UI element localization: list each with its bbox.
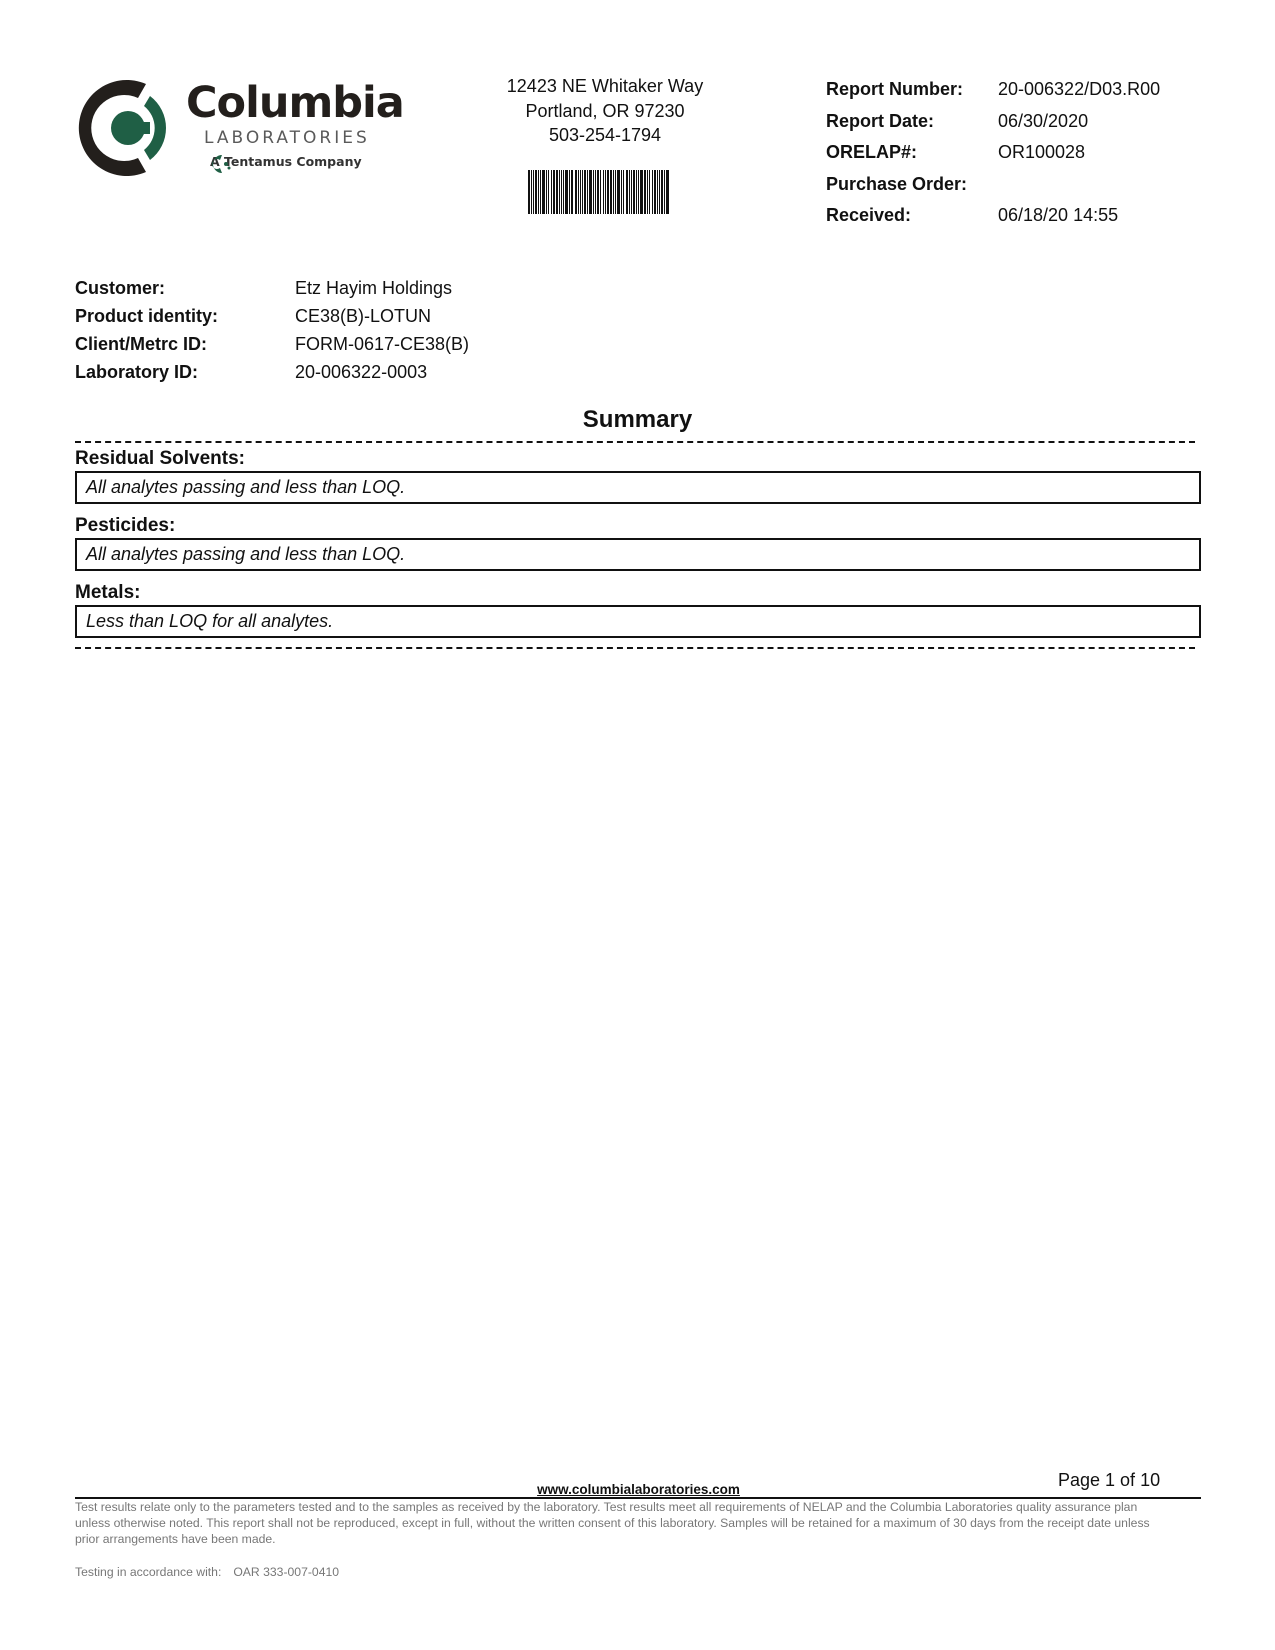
- barcode-bar: [528, 170, 530, 214]
- barcode-bar: [548, 170, 549, 214]
- barcode-bar: [610, 170, 612, 214]
- barcode-bar: [597, 170, 599, 214]
- barcode-bar: [531, 170, 532, 214]
- section-result: All analytes passing and less than LOQ.: [75, 471, 1201, 504]
- barcode-bar: [657, 170, 658, 214]
- report-meta: Report Number: 20-006322/D03.R00 Report …: [826, 74, 1160, 232]
- customer-value: Etz Hayim Holdings: [295, 278, 452, 299]
- barcode: [528, 170, 670, 214]
- website-link[interactable]: www.columbialaboratories.com: [537, 1482, 740, 1497]
- barcode-bar: [551, 170, 552, 214]
- barcode-bar: [603, 170, 604, 214]
- meta-label: ORELAP#:: [826, 142, 998, 163]
- barcode-bar: [629, 170, 630, 214]
- barcode-bar: [553, 170, 555, 214]
- barcode-bar: [607, 170, 609, 214]
- barcode-bar: [626, 170, 628, 214]
- columbia-c-logo-icon: [76, 74, 181, 182]
- barcode-bar: [647, 170, 648, 214]
- section-result: All analytes passing and less than LOQ.: [75, 538, 1201, 571]
- barcode-bar: [652, 170, 653, 214]
- customer-info: Customer: Etz Hayim Holdings Product ide…: [75, 274, 469, 386]
- barcode-bar: [575, 170, 577, 214]
- meta-value: 06/30/2020: [998, 111, 1088, 132]
- barcode-bar: [561, 170, 562, 214]
- barcode-bar: [578, 170, 579, 214]
- address-street: 12423 NE Whitaker Way: [480, 74, 730, 99]
- meta-row-report-number: Report Number: 20-006322/D03.R00: [826, 74, 1160, 106]
- testing-standard-value: OAR 333-007-0410: [233, 1565, 339, 1579]
- laboratory-id-value: 20-006322-0003: [295, 362, 427, 383]
- barcode-bar: [580, 170, 581, 214]
- meta-row-purchase-order: Purchase Order:: [826, 169, 1160, 201]
- barcode-bar: [633, 170, 635, 214]
- customer-label: Customer:: [75, 278, 295, 299]
- address-phone: 503-254-1794: [480, 123, 730, 148]
- barcode-bar: [600, 170, 601, 214]
- barcode-bar: [540, 170, 541, 214]
- barcode-bar: [636, 170, 637, 214]
- barcode-bar: [533, 170, 534, 214]
- barcode-bar: [538, 170, 539, 214]
- barcode-bar: [605, 170, 606, 214]
- logo-subtitle: LABORATORIES: [204, 128, 370, 148]
- barcode-bar: [617, 170, 620, 214]
- meta-label: Received:: [826, 205, 998, 226]
- disclaimer: Test results relate only to the paramete…: [75, 1499, 1205, 1547]
- testing-standard: Testing in accordance with:OAR 333-007-0…: [75, 1565, 339, 1579]
- disclaimer-line: unless otherwise noted. This report shal…: [75, 1515, 1205, 1531]
- barcode-bar: [595, 170, 596, 214]
- tentamus-leaf-icon: [210, 154, 232, 174]
- barcode-bar: [571, 170, 573, 214]
- summary-divider-top: [75, 441, 1195, 443]
- barcode-bar: [582, 170, 583, 214]
- laboratory-id-row: Laboratory ID: 20-006322-0003: [75, 358, 469, 386]
- section-label: Metals:: [75, 580, 1201, 605]
- barcode-bar: [546, 170, 547, 214]
- barcode-bar: [542, 170, 545, 214]
- barcode-bar: [631, 170, 632, 214]
- barcode-bar: [659, 170, 660, 214]
- logo-name: Columbia: [186, 78, 404, 128]
- client-metrc-id-value: FORM-0617-CE38(B): [295, 334, 469, 355]
- barcode-bar: [589, 170, 592, 214]
- summary-title: Summary: [0, 406, 1275, 434]
- meta-row-orelap: ORELAP#: OR100028: [826, 137, 1160, 169]
- barcode-bar: [666, 170, 669, 214]
- section-label: Pesticides:: [75, 513, 1201, 538]
- client-metrc-id-row: Client/Metrc ID: FORM-0617-CE38(B): [75, 330, 469, 358]
- barcode-bar: [613, 170, 614, 214]
- product-identity-value: CE38(B)-LOTUN: [295, 306, 431, 327]
- barcode-bar: [644, 170, 646, 214]
- logo-tagline: A Tentamus Company: [210, 154, 362, 169]
- customer-row: Customer: Etz Hayim Holdings: [75, 274, 469, 302]
- client-metrc-id-label: Client/Metrc ID:: [75, 334, 295, 355]
- meta-row-report-date: Report Date: 06/30/2020: [826, 106, 1160, 138]
- meta-value: 06/18/20 14:55: [998, 205, 1118, 226]
- meta-value: 20-006322/D03.R00: [998, 79, 1160, 100]
- product-identity-label: Product identity:: [75, 306, 295, 327]
- summary-section-metals: Metals: Less than LOQ for all analytes.: [75, 580, 1201, 638]
- summary-section-pesticides: Pesticides: All analytes passing and les…: [75, 513, 1201, 571]
- summary-divider-bottom: [75, 647, 1195, 649]
- barcode-bar: [640, 170, 643, 214]
- barcode-bar: [615, 170, 616, 214]
- barcode-bar: [565, 170, 568, 214]
- barcode-bar: [664, 170, 665, 214]
- barcode-bar: [556, 170, 558, 214]
- meta-label: Report Date:: [826, 111, 998, 132]
- laboratory-id-label: Laboratory ID:: [75, 362, 295, 383]
- disclaimer-line: prior arrangements have been made.: [75, 1531, 1205, 1547]
- barcode-bar: [587, 170, 588, 214]
- barcode-bar: [661, 170, 663, 214]
- meta-value: OR100028: [998, 142, 1085, 163]
- meta-label: Report Number:: [826, 79, 998, 100]
- barcode-bar: [559, 170, 560, 214]
- barcode-bar: [623, 170, 624, 214]
- barcode-bar: [638, 170, 639, 214]
- barcode-bar: [621, 170, 622, 214]
- testing-standard-label: Testing in accordance with:: [75, 1565, 221, 1579]
- address-city: Portland, OR 97230: [480, 99, 730, 124]
- barcode-bar: [563, 170, 564, 214]
- meta-row-received: Received: 06/18/20 14:55: [826, 200, 1160, 232]
- logo-tagline-text: A Tentamus Company: [210, 154, 362, 169]
- barcode-bar: [654, 170, 656, 214]
- section-result: Less than LOQ for all analytes.: [75, 605, 1201, 638]
- section-label: Residual Solvents:: [75, 446, 1201, 471]
- product-identity-row: Product identity: CE38(B)-LOTUN: [75, 302, 469, 330]
- disclaimer-line: Test results relate only to the paramete…: [75, 1499, 1205, 1515]
- lab-address: 12423 NE Whitaker Way Portland, OR 97230…: [480, 74, 730, 148]
- barcode-bar: [569, 170, 570, 214]
- barcode-bar: [584, 170, 586, 214]
- barcode-bar: [593, 170, 594, 214]
- summary-section-residual-solvents: Residual Solvents: All analytes passing …: [75, 446, 1201, 504]
- meta-label: Purchase Order:: [826, 174, 998, 195]
- barcode-bar: [535, 170, 537, 214]
- barcode-bar: [649, 170, 650, 214]
- company-logo: Columbia LABORATORIES A Tentamus Company: [76, 74, 406, 184]
